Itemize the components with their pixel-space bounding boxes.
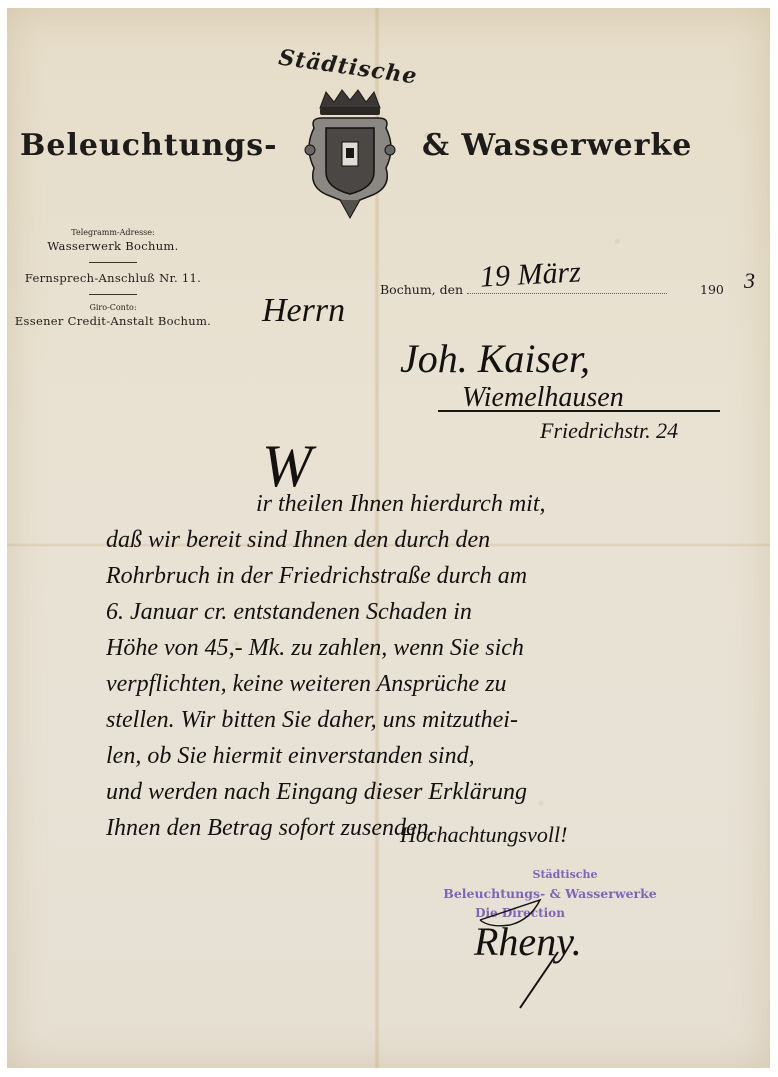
divider	[89, 294, 137, 295]
date-handwritten: 19 März	[479, 255, 581, 294]
signature: Rheny.	[474, 918, 582, 965]
letterhead-title-right: & Wasserwerke	[422, 128, 692, 163]
recipient-name: Joh. Kaiser,	[400, 335, 590, 382]
crowned-coat-of-arms-icon	[300, 88, 400, 220]
body-line: daß wir bereit sind Ihnen den durch den	[106, 522, 774, 558]
body-line: Höhe von 45,- Mk. zu zahlen, wenn Sie si…	[106, 630, 774, 666]
salutation: Herrn	[262, 292, 345, 330]
letter-body: ir theilen Ihnen hierdurch mit, daß wir …	[106, 486, 774, 846]
year-printed: 190	[700, 282, 724, 297]
body-line: verpflichten, keine weiteren Ansprüche z…	[106, 666, 774, 702]
town-underline	[438, 410, 720, 412]
body-line: Rohrbruch in der Friedrichstraße durch a…	[106, 558, 774, 594]
body-line: ir theilen Ihnen hierdurch mit,	[106, 486, 774, 522]
body-line: und werden nach Eingang dieser Erklärung	[106, 774, 774, 810]
telegram-label: Telegramm-Adresse:	[14, 228, 212, 237]
body-line: 6. Januar cr. entstandenen Schaden in	[106, 594, 774, 630]
recipient-street: Friedrichstr. 24	[540, 418, 678, 444]
giro-label: Giro-Conto:	[14, 303, 212, 312]
letterhead-title-left: Beleuchtungs-	[20, 128, 278, 163]
divider	[89, 262, 137, 263]
phone-number: Fernsprech-Anschluß Nr. 11.	[14, 271, 212, 285]
giro-value: Essener Credit-Anstalt Bochum.	[14, 314, 212, 328]
contact-sidebar: Telegramm-Adresse: Wasserwerk Bochum. Fe…	[14, 224, 212, 328]
year-handwritten: 3	[744, 268, 755, 294]
body-line: stellen. Wir bitten Sie daher, uns mitzu…	[106, 702, 774, 738]
body-line: len, ob Sie hiermit einverstanden sind,	[106, 738, 774, 774]
telegram-value: Wasserwerk Bochum.	[14, 239, 212, 253]
place-prefix: Bochum, den	[380, 282, 463, 297]
closing: Hochachtungsvoll!	[400, 822, 567, 848]
